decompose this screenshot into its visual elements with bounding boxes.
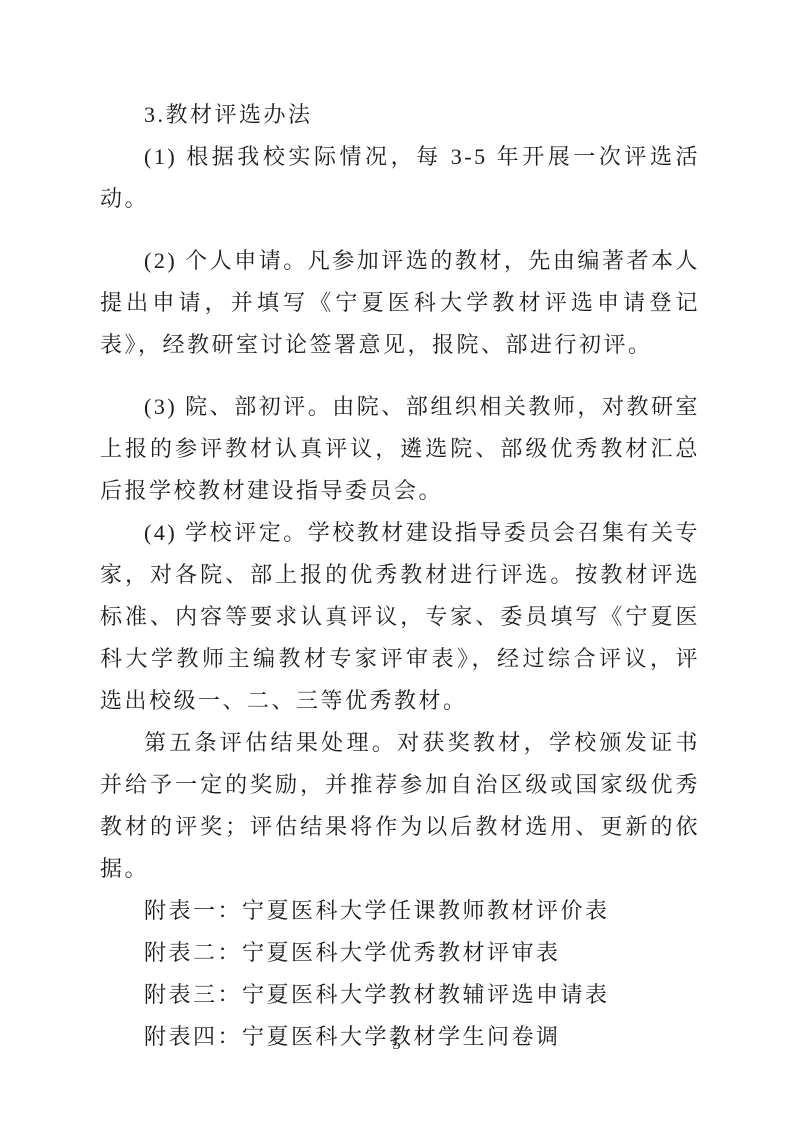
paragraph-item-4: (4) 学校评定。学校教材建设指导委员会召集有关专家，对各院、部上报的优秀教材进… [100,512,700,722]
paragraph-clause-5: 第五条评估结果处理。对获奖教材，学校颁发证书并给予一定的奖励，并推荐参加自治区级… [100,722,700,890]
paragraph-item-2: (2) 个人申请。凡参加评选的教材，先由编著者本人提出申请，并填写《宁夏医科大学… [100,240,700,366]
document-body: 3.教材评选办法 (1) 根据我校实际情况，每 3-5 年开展一次评选活动。 (… [100,94,700,1058]
page-footer: 5 [0,1032,793,1056]
appendix-item-1: 附表一：宁夏医科大学任课教师教材评价表 [100,890,700,932]
paragraph-item-1: (1) 根据我校实际情况，每 3-5 年开展一次评选活动。 [100,136,700,220]
appendix-item-3: 附表三：宁夏医科大学教材教辅评选申请表 [100,974,700,1016]
appendix-item-2: 附表二：宁夏医科大学优秀教材评审表 [100,932,700,974]
page-number: 5 [392,1034,401,1053]
document-page: 3.教材评选办法 (1) 根据我校实际情况，每 3-5 年开展一次评选活动。 (… [0,0,793,1122]
paragraph-item-3: (3) 院、部初评。由院、部组织相关教师，对教研室上报的参评教材认真评议，遴选院… [100,386,700,512]
paragraph-section-heading: 3.教材评选办法 [100,94,700,136]
